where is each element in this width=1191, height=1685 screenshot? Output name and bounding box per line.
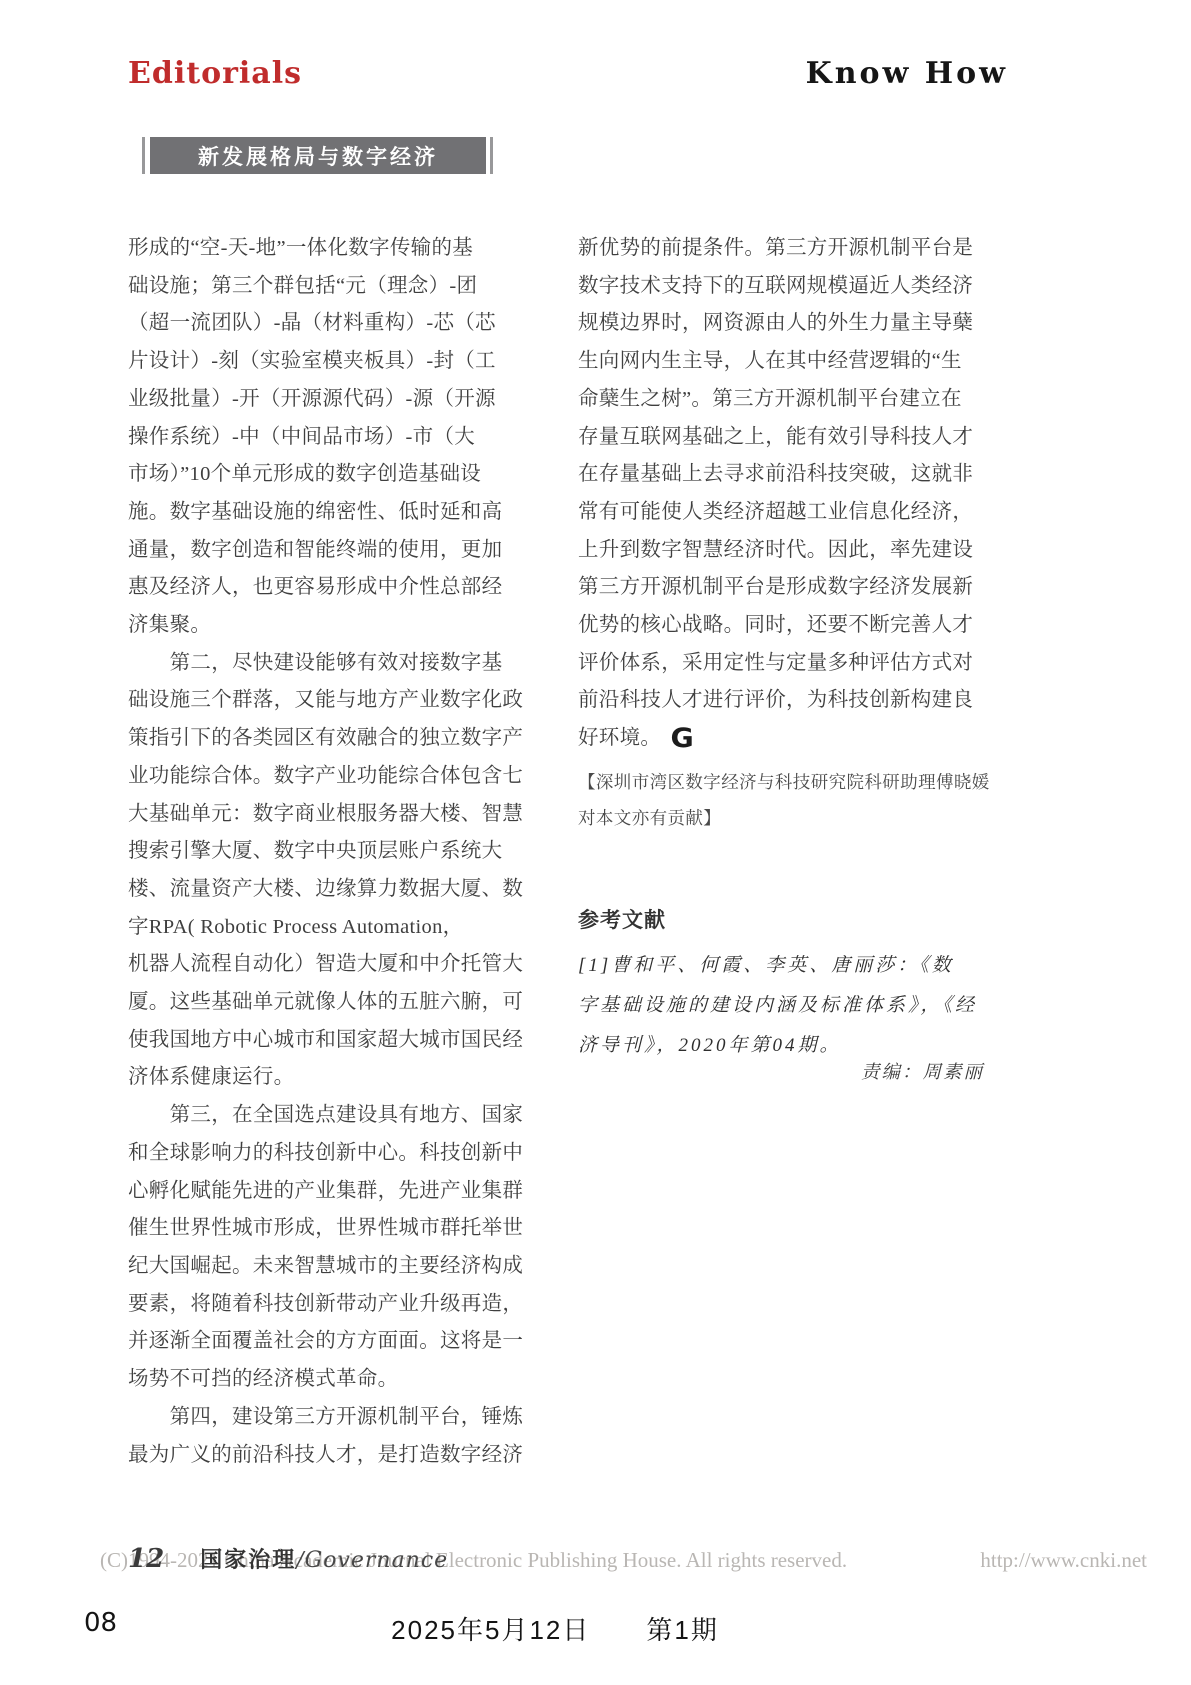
body-line: 策指引下的各类园区有效融合的独立数字产 (128, 720, 540, 758)
body-line: 生向网内生主导，人在其中经营逻辑的“生 (578, 343, 990, 381)
body-line: 最为广义的前沿科技人才，是打造数字经济 (128, 1437, 540, 1475)
banner-label: 新发展格局与数字经济 (198, 141, 438, 171)
body-line: 第三，在全国选点建设具有地方、国家 (128, 1097, 540, 1135)
body-line: 存量互联网基础之上，能有效引导科技人才 (578, 419, 990, 457)
body-line: 础设施；第三个群包括“元（理念）-团 (128, 268, 540, 306)
body-line: 片设计）-刻（实验室模夹板具）-封（工 (128, 343, 540, 381)
body-line: 要素，将随着科技创新带动产业升级再造， (128, 1286, 540, 1324)
body-line: 搜索引擎大厦、数字中央顶层账户系统大 (128, 833, 540, 871)
body-line: 场势不可挡的经济模式革命。 (128, 1361, 540, 1399)
body-line: 础设施三个群落，又能与地方产业数字化政 (128, 682, 540, 720)
section-banner: 新发展格局与数字经济 (150, 137, 486, 174)
journal-name-cn: 国家治理 (200, 1543, 296, 1574)
body-line: 并逐渐全面覆盖社会的方方面面。这将是一 (128, 1323, 540, 1361)
body-line: 惠及经济人，也更容易形成中介性总部经 (128, 569, 540, 607)
body-line: 形成的“空-天-地”一体化数字传输的基 (128, 230, 540, 268)
right-column: 新优势的前提条件。第三方开源机制平台是数字技术支持下的互联网规模逼近人类经济规模… (578, 230, 990, 1092)
body-line: 在存量基础上去寻求前沿科技突破，这就非 (578, 456, 990, 494)
right-paragraph: 新优势的前提条件。第三方开源机制平台是数字技术支持下的互联网规模逼近人类经济规模… (578, 230, 990, 720)
body-line: 第四，建设第三方开源机制平台，锤炼 (128, 1399, 540, 1437)
body-line: 操作系统）-中（中间品市场）-市（大 (128, 419, 540, 457)
body-line: 通量，数字创造和智能终端的使用，更加 (128, 532, 540, 570)
body-line: 常有可能使人类经济超越工业信息化经济， (578, 494, 990, 532)
body-line: 施。数字基础设施的绵密性、低时延和高 (128, 494, 540, 532)
body-line: 第三方开源机制平台是形成数字经济发展新 (578, 569, 990, 607)
body-line: 大基础单元：数字商业根服务器大楼、智慧 (128, 796, 540, 834)
journal-footer: 12 国家治理 ∕Governance (128, 1543, 448, 1574)
body-line: （超一流团队）-晶（材料重构）-芯（芯 (128, 305, 540, 343)
body-line: 优势的核心战略。同时，还要不断完善人才 (578, 607, 990, 645)
banner-bar-right (490, 137, 493, 174)
body-line: 字RPA( Robotic Process Automation， (128, 909, 540, 947)
body-line: 使我国地方中心城市和国家超大城市国民经 (128, 1022, 540, 1060)
body-line: 规模边界时，网资源由人的外生力量主导蘖 (578, 305, 990, 343)
body-line: 第二，尽快建设能够有效对接数字基 (128, 645, 540, 683)
reference-line: [1]曹和平、何霞、李英、唐丽莎：《数 (578, 946, 990, 986)
reference-list: [1]曹和平、何霞、李英、唐丽莎：《数字基础设施的建设内涵及标准体系》，《经济导… (578, 946, 990, 1066)
body-line: 催生世界性城市形成，世界性城市群托举世 (128, 1210, 540, 1248)
body-line: 市场）”10个单元形成的数字创造基础设 (128, 456, 540, 494)
body-line: 命蘖生之树”。第三方开源机制平台建立在 (578, 381, 990, 419)
reference-heading: 参考文献 (578, 902, 990, 940)
contributor-line: 【深圳市湾区数字经济与科技研究院科研助理傅晓媛 (578, 764, 990, 800)
body-line-with-endmark: 好环境。 G (578, 720, 990, 758)
end-mark-g-icon: G (671, 720, 695, 758)
body-line: 心孵化赋能先进的产业集群，先进产业集群 (128, 1173, 540, 1211)
banner-bar-left (142, 137, 145, 174)
body-line: 业功能综合体。数字产业功能综合体包含七 (128, 758, 540, 796)
contributor-note: 【深圳市湾区数字经济与科技研究院科研助理傅晓媛对本文亦有贡献】 (578, 764, 990, 836)
body-line: 机器人流程自动化）智造大厦和中介托管大 (128, 946, 540, 984)
body-line: 数字技术支持下的互联网规模逼近人类经济 (578, 268, 990, 306)
journal-name-en: ∕Governance (296, 1548, 448, 1573)
body-line: 业级批量）-开（开源源代码）-源（开源 (128, 381, 540, 419)
watermark-url: http://www.cnki.net (980, 1548, 1147, 1573)
header-editorials: Editorials (128, 56, 302, 91)
body-line: 楼、流量资产大楼、边缘算力数据大厦、数 (128, 871, 540, 909)
body-line: 评价体系，采用定性与定量多种评估方式对 (578, 645, 990, 683)
header-know-how: Know How (806, 56, 1008, 91)
body-line-text: 好环境。 (578, 720, 661, 758)
body-line: 上升到数字智慧经济时代。因此，率先建设 (578, 532, 990, 570)
journal-page: Editorials Know How 新发展格局与数字经济 形成的“空-天-地… (0, 0, 1191, 1685)
contributor-line: 对本文亦有贡献】 (578, 800, 990, 836)
body-line: 济体系健康运行。 (128, 1059, 540, 1097)
reference-line: 字基础设施的建设内涵及标准体系》，《经 (578, 986, 990, 1026)
left-column: 形成的“空-天-地”一体化数字传输的基础设施；第三个群包括“元（理念）-团（超一… (128, 230, 540, 1474)
body-line: 前沿科技人才进行评价，为科技创新构建良 (578, 682, 990, 720)
body-line: 和全球影响力的科技创新中心。科技创新中 (128, 1135, 540, 1173)
journal-page-number: 12 (128, 1544, 164, 1574)
issue-date: 2025年5月12日 第1期 (0, 1610, 1110, 1647)
body-line: 纪大国崛起。未来智慧城市的主要经济构成 (128, 1248, 540, 1286)
body-line: 厦。这些基础单元就像人体的五脏六腑，可 (128, 984, 540, 1022)
body-line: 新优势的前提条件。第三方开源机制平台是 (578, 230, 990, 268)
body-line: 济集聚。 (128, 607, 540, 645)
